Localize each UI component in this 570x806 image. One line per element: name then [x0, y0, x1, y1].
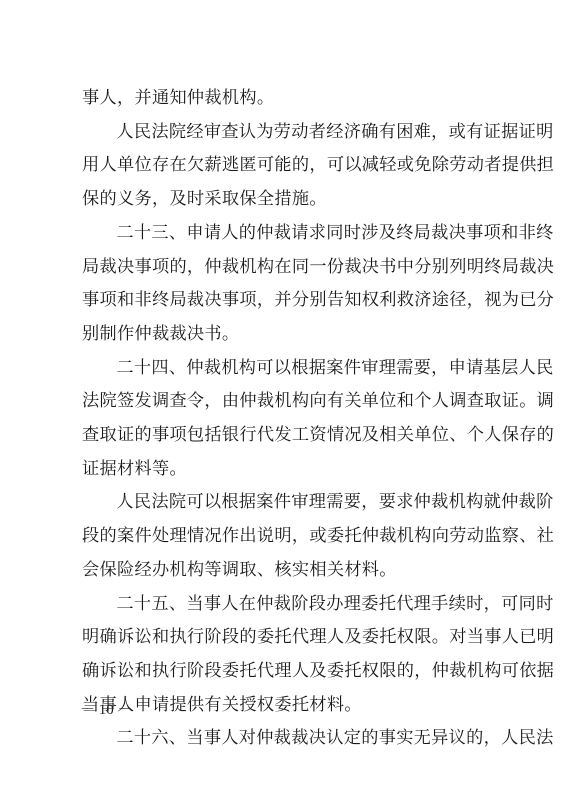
document-body: 事人，并通知仲裁机构。 人民法院经审查认为劳动者经济确有困难，或有证据证明 用人…: [82, 82, 498, 756]
text-line: 二十六、当事人对仲裁裁决认定的事实无异议的，人民法: [82, 722, 498, 756]
text-line: 明确诉讼和执行阶段的委托代理人及委托权限。对当事人已明: [82, 621, 498, 655]
text-line: 事人，并通知仲裁机构。: [82, 82, 498, 116]
text-line: 人民法院可以根据案件审理需要，要求仲裁机构就仲裁阶: [82, 486, 498, 520]
text-line: 法院签发调查令，由仲裁机构向有关单位和个人调查取证。调: [82, 385, 498, 419]
paragraph-continuation: 事人，并通知仲裁机构。: [82, 82, 498, 116]
text-line: 段的案件处理情况作出说明，或委托仲裁机构向劳动监察、社: [82, 520, 498, 554]
text-line: 当事人申请提供有关授权委托材料。: [82, 689, 498, 723]
paragraph-court-request: 人民法院可以根据案件审理需要，要求仲裁机构就仲裁阶 段的案件处理情况作出说明，或…: [82, 486, 498, 587]
text-line: 二十三、申请人的仲裁请求同时涉及终局裁决事项和非终: [82, 217, 498, 251]
paragraph-article-26: 二十六、当事人对仲裁裁决认定的事实无异议的，人民法: [82, 722, 498, 756]
text-line: 局裁决事项的，仲裁机构在同一份裁决书中分别列明终局裁决: [82, 251, 498, 285]
page-number: － 10 －: [80, 698, 133, 719]
paragraph-court-review: 人民法院经审查认为劳动者经济确有困难，或有证据证明 用人单位存在欠薪逃匿可能的，…: [82, 116, 498, 217]
text-line: 别制作仲裁裁决书。: [82, 318, 498, 352]
text-line: 确诉讼和执行阶段委托代理人及委托权限的，仲裁机构可依据: [82, 655, 498, 689]
paragraph-article-24: 二十四、仲裁机构可以根据案件审理需要，申请基层人民 法院签发调查令，由仲裁机构向…: [82, 352, 498, 487]
text-line: 会保险经办机构等调取、核实相关材料。: [82, 554, 498, 588]
text-line: 二十四、仲裁机构可以根据案件审理需要，申请基层人民: [82, 352, 498, 386]
text-line: 二十五、当事人在仲裁阶段办理委托代理手续时，可同时: [82, 588, 498, 622]
text-line: 人民法院经审查认为劳动者经济确有困难，或有证据证明: [82, 116, 498, 150]
paragraph-article-23: 二十三、申请人的仲裁请求同时涉及终局裁决事项和非终 局裁决事项的，仲裁机构在同一…: [82, 217, 498, 352]
paragraph-article-25: 二十五、当事人在仲裁阶段办理委托代理手续时，可同时 明确诉讼和执行阶段的委托代理…: [82, 588, 498, 723]
text-line: 事项和非终局裁决事项，并分别告知权利救济途径，视为已分: [82, 284, 498, 318]
text-line: 保的义务，及时采取保全措施。: [82, 183, 498, 217]
document-page: 事人，并通知仲裁机构。 人民法院经审查认为劳动者经济确有困难，或有证据证明 用人…: [0, 0, 570, 806]
text-line: 证据材料等。: [82, 453, 498, 487]
text-line: 查取证的事项包括银行代发工资情况及相关单位、个人保存的: [82, 419, 498, 453]
text-line: 用人单位存在欠薪逃匿可能的，可以减轻或免除劳动者提供担: [82, 149, 498, 183]
